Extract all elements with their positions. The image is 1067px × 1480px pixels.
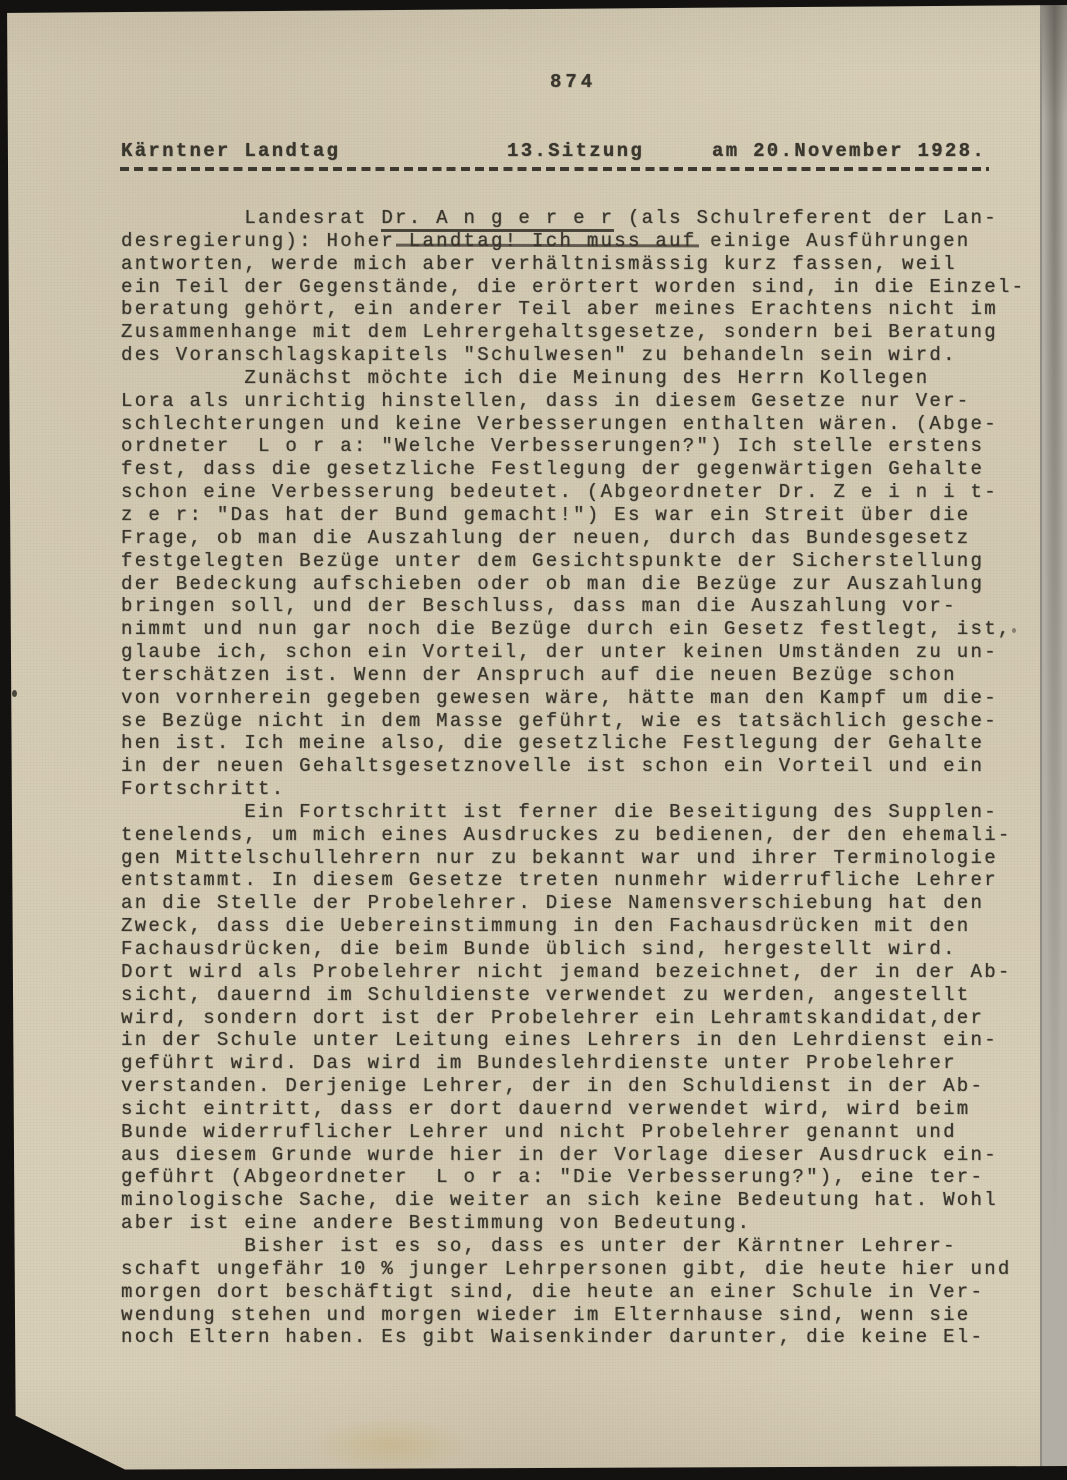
- header-session-number: 13.Sitzung: [507, 140, 644, 162]
- text-line: in der neuen Gehaltsgesetznovelle ist sc…: [121, 755, 1021, 778]
- text-line: geführt (Abgeordneter L o r a: "Die Verb…: [121, 1166, 1021, 1189]
- paper-stain: [300, 1415, 480, 1475]
- text-line: sicht eintritt, dass er dort dauernd ver…: [121, 1098, 1021, 1121]
- text-line: bringen soll, und der Beschluss, dass ma…: [121, 595, 1021, 618]
- header-session-date: am 20.November 1928.: [712, 140, 986, 162]
- text-line: Lora als unrichtig hinstellen, dass in d…: [121, 390, 1021, 413]
- text-line: desregierung): Hoher Landtag! Ich muss a…: [121, 230, 1021, 253]
- text-line: Landesrat Dr. A n g e r e r (als Schulre…: [121, 207, 1021, 230]
- text-line: der Bedeckung aufschieben oder ob man di…: [121, 573, 1021, 596]
- text-line: sicht, dauernd im Schuldienste verwendet…: [121, 984, 1021, 1007]
- text-line: morgen dort beschäftigt sind, die heute …: [121, 1281, 1021, 1304]
- text-line: Ein Fortschritt ist ferner die Beseitigu…: [121, 801, 1021, 824]
- text-line: entstammt. In diesem Gesetze treten nunm…: [121, 869, 1021, 892]
- text-line: von vornherein gegeben gewesen wäre, hät…: [121, 687, 1021, 710]
- text-line: terschätzen ist. Wenn der Anspruch auf d…: [121, 664, 1021, 687]
- text-line: ordneter L o r a: "Welche Verbesserungen…: [121, 435, 1021, 458]
- text-line: Zusammenhange mit dem Lehrergehaltsgeset…: [121, 321, 1021, 344]
- text-line: minologische Sache, die weiter an sich k…: [121, 1189, 1021, 1212]
- text-line: gen Mittelschullehrern nur zu bekannt wa…: [121, 847, 1021, 870]
- text-line: nimmt und nun gar noch die Bezüge durch …: [121, 618, 1021, 641]
- text-line: wird, sondern dort ist der Probelehrer e…: [121, 1007, 1021, 1030]
- header-session-body: Kärntner Landtag: [121, 140, 340, 162]
- text-line: se Bezüge nicht in dem Masse geführt, wi…: [121, 710, 1021, 733]
- text-line: ein Teil der Gegenstände, die erörtert w…: [121, 276, 1021, 299]
- underlined-speaker-name: Dr. A n g e r e r: [381, 207, 614, 232]
- text-line: Zweck, dass die Uebereinstimmung in den …: [121, 915, 1021, 938]
- text-line: Frage, ob man die Auszahlung der neuen, …: [121, 527, 1021, 550]
- text-line: Bisher ist es so, dass es unter der Kärn…: [121, 1235, 1021, 1258]
- text-line: Fachausdrücken, die beim Bunde üblich si…: [121, 938, 1021, 961]
- page-number: 874: [550, 71, 596, 93]
- text-line: beratung gehört, ein anderer Teil aber m…: [121, 298, 1021, 321]
- text-line: hen ist. Ich meine also, die gesetzliche…: [121, 732, 1021, 755]
- text-line: tenelends, um mich eines Ausdruckes zu b…: [121, 824, 1021, 847]
- text-line: noch Eltern haben. Es gibt Waisenkinder …: [121, 1326, 1021, 1349]
- text-line: geführt wird. Das wird im Bundeslehrdien…: [121, 1052, 1021, 1075]
- scanned-page: 874 Kärntner Landtag 13.Sitzung am 20.No…: [0, 0, 1067, 1480]
- text-line: an die Stelle der Probelehrer. Diese Nam…: [121, 892, 1021, 915]
- document-body: Landesrat Dr. A n g e r e r (als Schulre…: [121, 207, 1021, 1349]
- text-line: festgelegten Bezüge unter dem Gesichtspu…: [121, 550, 1021, 573]
- text-line: z e r: "Das hat der Bund gemacht!") Es w…: [121, 504, 1021, 527]
- text-line: schon eine Verbesserung bedeutet. (Abgeo…: [121, 481, 1021, 504]
- scanner-edge-right: [1040, 4, 1067, 1480]
- text-line: des Voranschlagskapitels "Schulwesen" zu…: [121, 344, 1021, 367]
- header-divider: [120, 167, 989, 171]
- ink-speck: [12, 690, 17, 697]
- text-line: aus diesem Grunde wurde hier in der Vorl…: [121, 1144, 1021, 1167]
- text-line: antworten, werde mich aber verhältnismäs…: [121, 253, 1021, 276]
- text-line: Dort wird als Probelehrer nicht jemand b…: [121, 961, 1021, 984]
- text-line: aber ist eine andere Bestimmung von Bede…: [121, 1212, 1021, 1235]
- text-line: in der Schule unter Leitung eines Lehrer…: [121, 1029, 1021, 1052]
- text-line: Bunde widerruflicher Lehrer und nicht Pr…: [121, 1121, 1021, 1144]
- text-line: Fortschritt.: [121, 778, 1021, 801]
- text-line: wendung stehen und morgen wieder im Elte…: [121, 1304, 1021, 1327]
- text-line: schlechterungen und keine Verbesserungen…: [121, 413, 1021, 436]
- text-line: Zunächst möchte ich die Meinung des Herr…: [121, 367, 1021, 390]
- paper-background: 874 Kärntner Landtag 13.Sitzung am 20.No…: [0, 0, 1067, 1480]
- text-line: fest, dass die gesetzliche Festlegung de…: [121, 458, 1021, 481]
- text-line: verstanden. Derjenige Lehrer, der in den…: [121, 1075, 1021, 1098]
- text-line: glaube ich, schon ein Vorteil, der unter…: [121, 641, 1021, 664]
- text-line: schaft ungefähr 10 % junger Lehrpersonen…: [121, 1258, 1021, 1281]
